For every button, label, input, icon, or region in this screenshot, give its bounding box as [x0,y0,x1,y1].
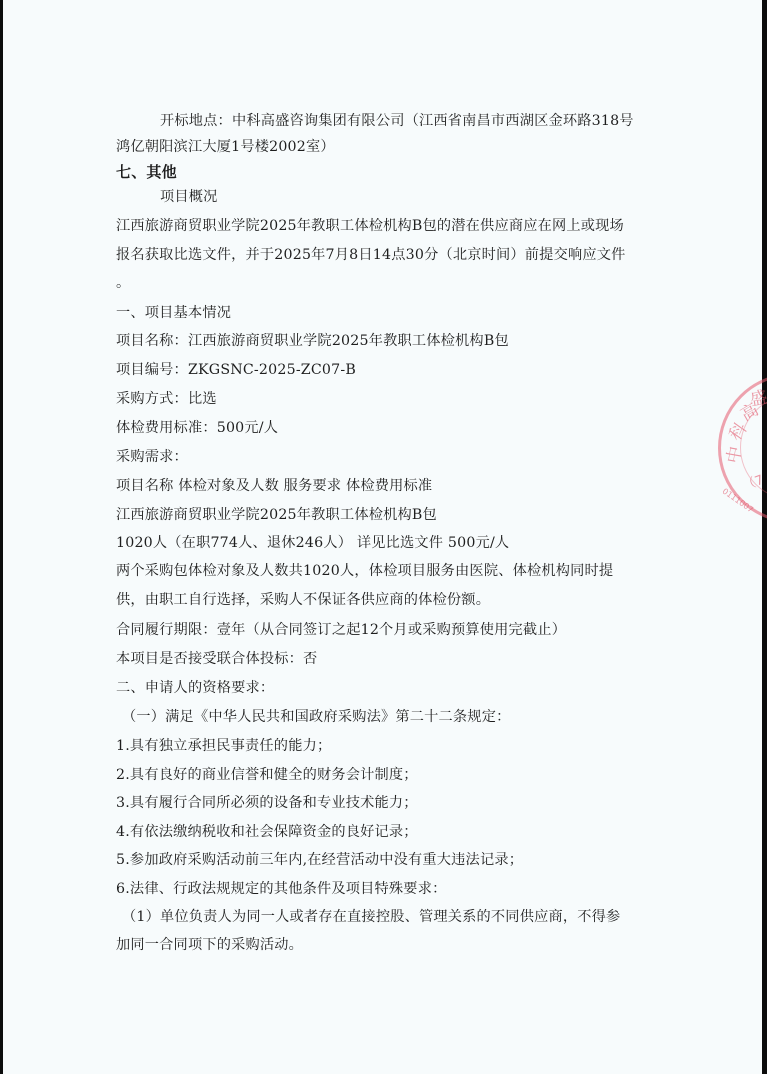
section-heading-basic-info: 一、项目基本情况 [116,303,231,323]
section-heading-other: 七、其他 [116,162,177,182]
consortium-bidding: 本项目是否接受联合体投标：否 [116,649,317,669]
requirements-note-line-1: 两个采购包体检对象及人数共1020人，体检项目服务由医院、体检机构同时提 [116,561,613,581]
requirements-table-project: 江西旅游商贸职业学院2025年教职工体检机构B包 [116,505,437,525]
procurement-method: 采购方式：比选 [116,389,217,409]
overview-paragraph-line-1: 江西旅游商贸职业学院2025年教职工体检机构B包的潜在供应商应在网上或现场 [116,216,624,236]
seal-char-4: 盛 [748,383,767,411]
subheading-project-overview: 项目概况 [160,187,218,207]
qualification-item-6: 6.法律、行政法规规定的其他条件及项目特殊要求： [116,879,446,899]
exam-fee-standard: 体检费用标准：500元/人 [116,418,278,438]
document-page: 开标地点：中科高盛咨询集团有限公司（江西省南昌市西湖区金环路318号 鸿亿朝阳滨… [0,0,767,1074]
scan-border-right [762,0,767,1074]
contract-term: 合同履行期限：壹年（从合同签订之起12个月或采购预算使用完截止） [116,620,566,640]
qualification-law-clause: （一）满足《中华人民共和国政府采购法》第二十二条规定： [122,707,510,727]
project-number: 项目编号：ZKGSNC-2025-ZC07-B [116,360,356,380]
project-name: 项目名称：江西旅游商贸职业学院2025年教职工体检机构B包 [116,331,509,351]
qualification-item-2: 2.具有良好的商业信誉和健全的财务会计制度； [116,765,418,785]
bid-opening-location: 开标地点：中科高盛咨询集团有限公司（江西省南昌市西湖区金环路318号 [160,111,634,131]
scan-border-left [0,0,3,1074]
requirements-note-line-2: 供，由职工自行选择，采购人不保证各供应商的体检份额。 [116,590,490,610]
requirements-table-values: 1020人（在职774人、退休246人） 详见比选文件 500元/人 [116,533,509,553]
section-heading-qualifications: 二、申请人的资格要求： [116,678,274,698]
qualification-item-1: 1.具有独立承担民事责任的能力； [116,736,331,756]
overview-paragraph-line-3: 。 [116,273,130,293]
qualification-subitem-1-line-2: 加同一合同项下的采购活动。 [116,935,303,955]
qualification-item-3: 3.具有履行合同所必须的设备和专业技术能力； [116,793,418,813]
requirements-table-header: 项目名称 体检对象及人数 服务要求 体检费用标准 [116,476,432,496]
qualification-subitem-1-line-1: （1）单位负责人为同一人或者存在直接控股、管理关系的不同供应商，不得参 [122,907,620,927]
qualification-item-5: 5.参加政府采购活动前三年内,在经营活动中没有重大违法记录； [116,850,523,870]
qualification-item-4: 4.有依法缴纳税收和社会保障资金的良好记录； [116,822,418,842]
bid-opening-location-cont: 鸿亿朝阳滨江大厦1号楼2002室） [116,137,335,157]
overview-paragraph-line-2: 报名获取比选文件，并于2025年7月8日14点30分（北京时间）前提交响应文件 [116,245,626,265]
procurement-requirements-label: 采购需求： [116,447,188,467]
